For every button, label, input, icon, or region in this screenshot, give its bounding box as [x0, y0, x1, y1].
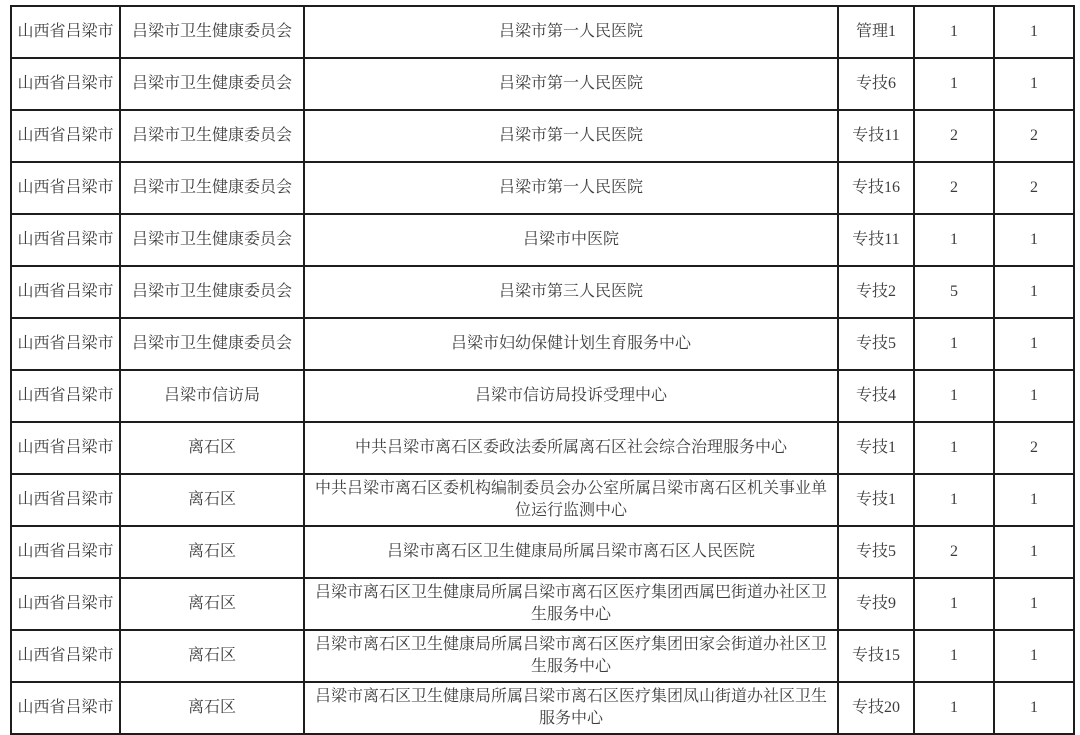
cell-count2: 1: [994, 266, 1074, 318]
cell-department: 吕梁市卫生健康委员会: [120, 110, 304, 162]
cell-region: 山西省吕梁市: [11, 474, 120, 526]
cell-position-code: 专技11: [838, 214, 914, 266]
table-row: 山西省吕梁市 吕梁市信访局 吕梁市信访局投诉受理中心 专技4 1 1: [11, 370, 1074, 422]
cell-region: 山西省吕梁市: [11, 578, 120, 630]
cell-organization: 中共吕梁市离石区委机构编制委员会办公室所属吕梁市离石区机关事业单位运行监测中心: [304, 474, 838, 526]
cell-region: 山西省吕梁市: [11, 58, 120, 110]
cell-region: 山西省吕梁市: [11, 526, 120, 578]
cell-region: 山西省吕梁市: [11, 110, 120, 162]
cell-count2: 1: [994, 578, 1074, 630]
table-row: 山西省吕梁市 离石区 吕梁市离石区卫生健康局所属吕梁市离石区医疗集团西属巴街道办…: [11, 578, 1074, 630]
recruitment-table: 山西省吕梁市 吕梁市卫生健康委员会 吕梁市第一人民医院 管理1 1 1 山西省吕…: [10, 5, 1075, 735]
cell-department: 吕梁市卫生健康委员会: [120, 318, 304, 370]
cell-count2: 1: [994, 6, 1074, 58]
cell-count1: 1: [914, 58, 994, 110]
cell-count1: 1: [914, 578, 994, 630]
cell-count2: 1: [994, 474, 1074, 526]
cell-position-code: 专技5: [838, 318, 914, 370]
cell-position-code: 专技9: [838, 578, 914, 630]
table-row: 山西省吕梁市 离石区 中共吕梁市离石区委机构编制委员会办公室所属吕梁市离石区机关…: [11, 474, 1074, 526]
cell-count1: 1: [914, 370, 994, 422]
cell-count1: 1: [914, 422, 994, 474]
cell-organization: 吕梁市信访局投诉受理中心: [304, 370, 838, 422]
cell-department: 吕梁市卫生健康委员会: [120, 58, 304, 110]
cell-department: 离石区: [120, 526, 304, 578]
cell-count1: 1: [914, 6, 994, 58]
cell-position-code: 专技1: [838, 474, 914, 526]
cell-region: 山西省吕梁市: [11, 682, 120, 734]
cell-position-code: 专技6: [838, 58, 914, 110]
cell-count1: 5: [914, 266, 994, 318]
cell-region: 山西省吕梁市: [11, 162, 120, 214]
cell-count2: 2: [994, 110, 1074, 162]
cell-organization: 吕梁市第一人民医院: [304, 58, 838, 110]
cell-region: 山西省吕梁市: [11, 214, 120, 266]
cell-region: 山西省吕梁市: [11, 318, 120, 370]
table-row: 山西省吕梁市 吕梁市卫生健康委员会 吕梁市第一人民医院 管理1 1 1: [11, 6, 1074, 58]
cell-region: 山西省吕梁市: [11, 370, 120, 422]
cell-department: 吕梁市卫生健康委员会: [120, 214, 304, 266]
cell-position-code: 专技2: [838, 266, 914, 318]
cell-region: 山西省吕梁市: [11, 422, 120, 474]
cell-department: 离石区: [120, 578, 304, 630]
cell-count1: 2: [914, 162, 994, 214]
cell-count2: 1: [994, 526, 1074, 578]
cell-count2: 1: [994, 318, 1074, 370]
cell-position-code: 专技20: [838, 682, 914, 734]
cell-count2: 1: [994, 370, 1074, 422]
table-row: 山西省吕梁市 吕梁市卫生健康委员会 吕梁市中医院 专技11 1 1: [11, 214, 1074, 266]
cell-count1: 2: [914, 526, 994, 578]
cell-department: 吕梁市卫生健康委员会: [120, 6, 304, 58]
cell-count2: 1: [994, 214, 1074, 266]
cell-department: 离石区: [120, 630, 304, 682]
table-row: 山西省吕梁市 吕梁市卫生健康委员会 吕梁市第三人民医院 专技2 5 1: [11, 266, 1074, 318]
cell-organization: 中共吕梁市离石区委政法委所属离石区社会综合治理服务中心: [304, 422, 838, 474]
cell-department: 离石区: [120, 422, 304, 474]
cell-count1: 2: [914, 110, 994, 162]
cell-organization: 吕梁市妇幼保健计划生育服务中心: [304, 318, 838, 370]
cell-organization: 吕梁市中医院: [304, 214, 838, 266]
cell-position-code: 管理1: [838, 6, 914, 58]
cell-organization: 吕梁市第三人民医院: [304, 266, 838, 318]
table-row: 山西省吕梁市 离石区 中共吕梁市离石区委政法委所属离石区社会综合治理服务中心 专…: [11, 422, 1074, 474]
cell-organization: 吕梁市离石区卫生健康局所属吕梁市离石区医疗集团西属巴街道办社区卫生服务中心: [304, 578, 838, 630]
cell-position-code: 专技16: [838, 162, 914, 214]
cell-count1: 1: [914, 474, 994, 526]
cell-position-code: 专技5: [838, 526, 914, 578]
cell-count2: 1: [994, 58, 1074, 110]
cell-count1: 1: [914, 630, 994, 682]
cell-position-code: 专技1: [838, 422, 914, 474]
table-row: 山西省吕梁市 吕梁市卫生健康委员会 吕梁市妇幼保健计划生育服务中心 专技5 1 …: [11, 318, 1074, 370]
table-row: 山西省吕梁市 离石区 吕梁市离石区卫生健康局所属吕梁市离石区医疗集团凤山街道办社…: [11, 682, 1074, 734]
table-row: 山西省吕梁市 吕梁市卫生健康委员会 吕梁市第一人民医院 专技16 2 2: [11, 162, 1074, 214]
table-row: 山西省吕梁市 离石区 吕梁市离石区卫生健康局所属吕梁市离石区人民医院 专技5 2…: [11, 526, 1074, 578]
cell-region: 山西省吕梁市: [11, 6, 120, 58]
cell-organization: 吕梁市离石区卫生健康局所属吕梁市离石区医疗集团凤山街道办社区卫生服务中心: [304, 682, 838, 734]
document-page: 山西省吕梁市 吕梁市卫生健康委员会 吕梁市第一人民医院 管理1 1 1 山西省吕…: [0, 5, 1080, 735]
cell-department: 吕梁市信访局: [120, 370, 304, 422]
cell-organization: 吕梁市离石区卫生健康局所属吕梁市离石区医疗集团田家会街道办社区卫生服务中心: [304, 630, 838, 682]
cell-position-code: 专技11: [838, 110, 914, 162]
table-row: 山西省吕梁市 离石区 吕梁市离石区卫生健康局所属吕梁市离石区医疗集团田家会街道办…: [11, 630, 1074, 682]
cell-department: 离石区: [120, 474, 304, 526]
cell-department: 吕梁市卫生健康委员会: [120, 162, 304, 214]
cell-department: 吕梁市卫生健康委员会: [120, 266, 304, 318]
cell-count2: 2: [994, 422, 1074, 474]
cell-count1: 1: [914, 318, 994, 370]
cell-region: 山西省吕梁市: [11, 266, 120, 318]
cell-organization: 吕梁市第一人民医院: [304, 6, 838, 58]
cell-count2: 1: [994, 630, 1074, 682]
cell-count1: 1: [914, 214, 994, 266]
cell-count2: 1: [994, 682, 1074, 734]
cell-organization: 吕梁市离石区卫生健康局所属吕梁市离石区人民医院: [304, 526, 838, 578]
cell-department: 离石区: [120, 682, 304, 734]
cell-count2: 2: [994, 162, 1074, 214]
table-row: 山西省吕梁市 吕梁市卫生健康委员会 吕梁市第一人民医院 专技11 2 2: [11, 110, 1074, 162]
cell-organization: 吕梁市第一人民医院: [304, 162, 838, 214]
cell-organization: 吕梁市第一人民医院: [304, 110, 838, 162]
cell-count1: 1: [914, 682, 994, 734]
cell-position-code: 专技4: [838, 370, 914, 422]
cell-region: 山西省吕梁市: [11, 630, 120, 682]
table-row: 山西省吕梁市 吕梁市卫生健康委员会 吕梁市第一人民医院 专技6 1 1: [11, 58, 1074, 110]
cell-position-code: 专技15: [838, 630, 914, 682]
